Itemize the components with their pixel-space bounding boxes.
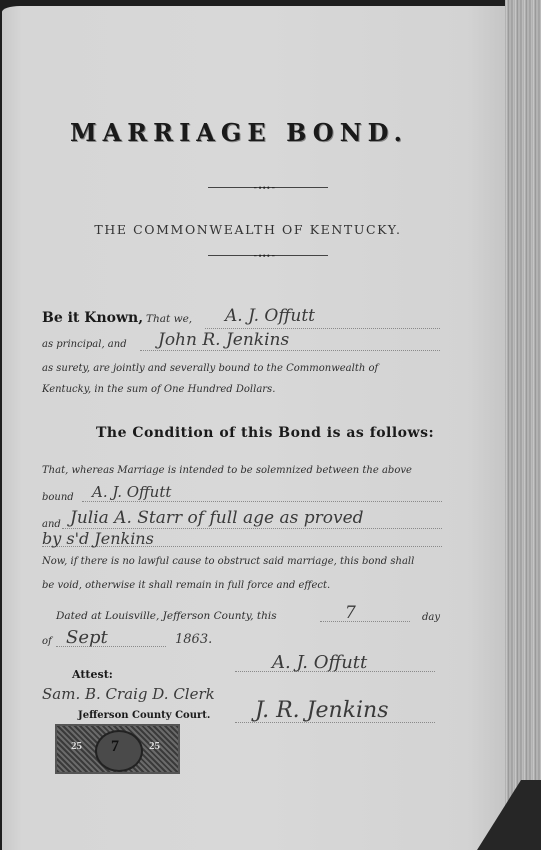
attest-label: Attest: — [72, 668, 113, 681]
clerk-signature: Sam. B. Craig D. Clerk — [42, 685, 215, 703]
document-title: MARRIAGE BOND. — [70, 118, 470, 147]
day-field: 7 — [345, 603, 356, 623]
groom-line — [82, 501, 442, 502]
revenue-stamp: 25 7 25 — [55, 724, 180, 774]
principal-line — [205, 328, 440, 329]
signer-2-signature: J. R. Jenkins — [255, 698, 388, 723]
of-label: of — [42, 636, 52, 647]
preamble-line-3: as surety, are jointly and severally bou… — [42, 363, 378, 374]
principal-name-field: A. J. Offutt — [225, 306, 315, 326]
book-page-edges — [505, 0, 541, 850]
dated-prefix: Dated at Louisville, Jefferson County, t… — [56, 610, 277, 622]
bride-proof-field: by s'd Jenkins — [42, 529, 154, 548]
stamp-portrait — [95, 730, 143, 772]
bound-label: bound — [42, 492, 74, 503]
stamp-cancel-mark: 7 — [111, 738, 119, 756]
stamp-value-left: 25 — [71, 740, 82, 752]
stamp-value-right: 25 — [149, 740, 160, 752]
ornament-divider-bottom: ⁃•••⁃ — [208, 251, 328, 259]
document-subtitle: THE COMMONWEALTH OF KENTUCKY. — [48, 222, 448, 237]
signer-1-signature: A. J. Offutt — [272, 652, 367, 673]
condition-line-1: That, whereas Marriage is intended to be… — [42, 465, 412, 476]
preamble-line-4: Kentucky, in the sum of One Hundred Doll… — [42, 384, 275, 395]
day-line — [320, 621, 410, 622]
condition-line-now: Now, if there is no lawful cause to obst… — [42, 556, 414, 567]
condition-line-void: be void, otherwise it shall remain in fu… — [42, 580, 330, 591]
month-field: Sept — [66, 627, 108, 648]
surety-name-field: John R. Jenkins — [158, 330, 289, 350]
year-field: 1863. — [175, 632, 212, 647]
ornament-divider-top: ⁃•••⁃ — [208, 183, 328, 191]
that-we-label: That we, — [146, 313, 192, 325]
be-it-known-heading: Be it Known, — [42, 310, 143, 326]
condition-heading: The Condition of this Bond is as follows… — [96, 425, 434, 441]
day-label: day — [422, 612, 440, 623]
bride-name-field: Julia A. Starr of full age as proved — [70, 508, 364, 528]
court-label: Jefferson County Court. — [78, 710, 210, 721]
groom-name-field: A. J. Offutt — [92, 483, 171, 501]
as-principal-label: as principal, and — [42, 339, 127, 350]
surety-line — [140, 350, 440, 351]
